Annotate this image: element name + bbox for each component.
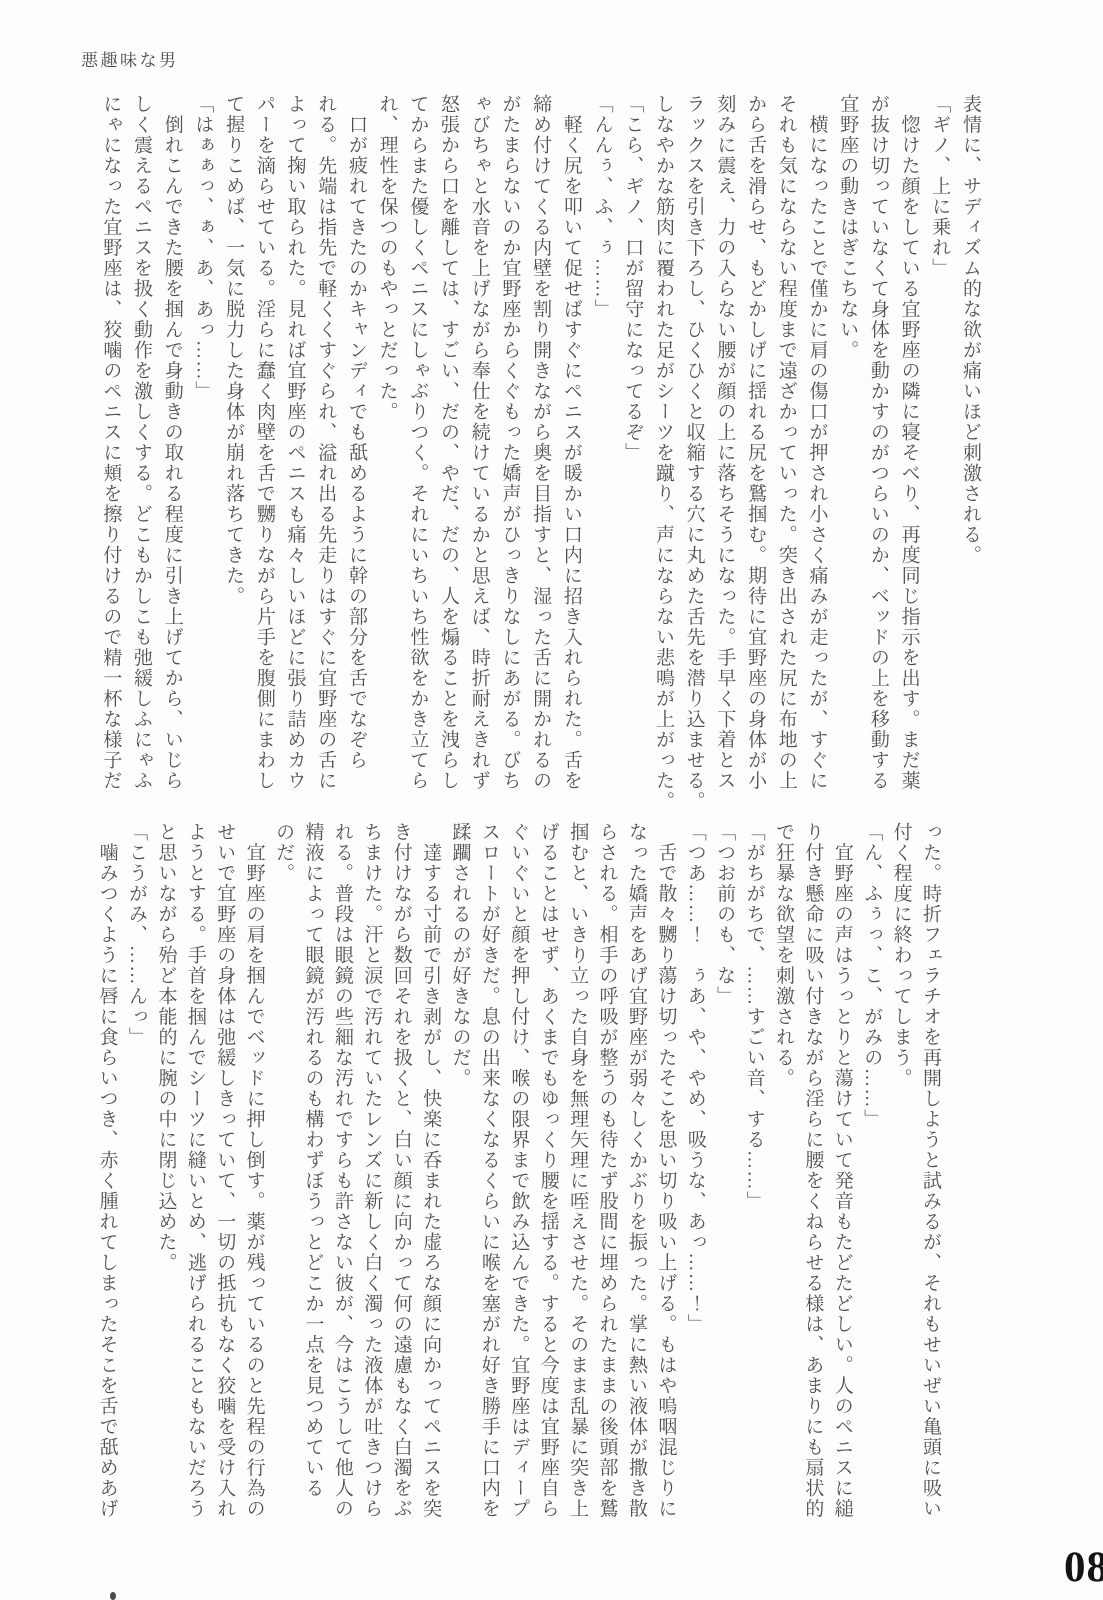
text-line: がたまらないのか宜野座からくぐもった嬌声がひっきりなしにあがる。びち <box>494 94 525 810</box>
text-line: て握りこめば、一気に脱力した身体が崩れ落ちてきた。 <box>217 94 248 810</box>
text-line: しく震えるペニスを扱く動作を激しくする。どこもかしこも弛緩しふにゃふ <box>125 94 156 810</box>
text-line: 舌で散々嬲り蕩け切ったそこを思い切り吸い上げる。もはや嗚咽混じりに <box>651 822 680 1522</box>
text-line: 口が疲れてきたのかキャンディでも舐めるように幹の部分を舌でなぞら <box>340 94 371 810</box>
text-line: り付き懸命に吸い付きながら淫らに腰をくねらせる様は、あまりにも扇状的 <box>798 822 827 1522</box>
text-line: 宜野座の肩を掴んでベッドに押し倒す。薬が残っているのと先程の行為の <box>239 822 268 1522</box>
text-line: らされる。相手の呼吸が整うのも待たず股間に埋められたままの後頭部を鷲 <box>592 822 621 1522</box>
text-line: 「がちがちで、……すごい音、する……」 <box>739 822 768 1522</box>
text-line: 「ギノ、上に乗れ」 <box>924 94 955 810</box>
text-line: しなやかな筋肉に覆われた足がシーツを蹴り、声にならない悲鳴が上がった。 <box>647 94 678 810</box>
text-line: れる。普段は眼鏡の些細な汚れですらも許さない彼が、今はこうして他人の <box>327 822 356 1522</box>
text-line: ようとする。手首を掴んでシーツに縫いとめ、逃げられることもないだろう <box>180 822 209 1522</box>
text-line: のだ。 <box>269 822 298 1522</box>
text-line: 噛みつくように唇に食らいつき、赤く腫れてしまったそこを舌で舐めあげ <box>92 822 121 1522</box>
text-line: 倒れこんできた腰を掴んで身動きの取れる程度に引き上げてから、いじら <box>156 94 187 810</box>
text-line: 「こら、ギノ、口が留守になってるぞ」 <box>617 94 648 810</box>
text-line: 「こうがみ、……んっ」 <box>122 822 151 1522</box>
text-line: 「つお前のも、な」 <box>710 822 739 1522</box>
text-line: 「んんぅ、ふ、ぅ……」 <box>586 94 617 810</box>
lower-text-block: った。時折フェラチオを再開しようと試みるが、それもせいぜい亀頭に吸い付く程度に終… <box>92 822 945 1522</box>
text-line: 締め付けてくる内壁を割り開きながら奥を目指すと、湿った舌に開かれるの <box>524 94 555 810</box>
page-number: 08 <box>1064 1543 1103 1592</box>
text-line: 「つあ……！ ぅあ、や、やめ、吸うな、あっ……！」 <box>680 822 709 1522</box>
text-line: てからまた優しくペニスにしゃぶりつく。それにいちいち性欲をかき立てら <box>402 94 433 810</box>
text-line: 軽く尻を叩いて促せばすぐにペニスが暖かい口内に招き入れられた。舌を <box>555 94 586 810</box>
text-line: 表情に、サディズム的な欲が痛いほど刺激される。 <box>954 94 985 810</box>
text-line: 「ん、ふぅっ、こ、がみの……」 <box>857 822 886 1522</box>
text-line: 掴むと、いきり立った自身を無理矢理に咥えさせた。そのまま乱暴に突き上 <box>563 822 592 1522</box>
scan-mark <box>110 1592 116 1600</box>
text-line: それも気にならない程度まで遠ざかっていった。突き出された尻に布地の上 <box>770 94 801 810</box>
text-line: 蹂躙されるのが好きなのだ。 <box>445 822 474 1522</box>
text-line: 達する寸前で引き剥がし、快楽に呑まれた虚ろな顔に向かってペニスを突 <box>416 822 445 1522</box>
text-line: 横になったことで僅かに肩の傷口が押され小さく痛みが走ったが、すぐに <box>801 94 832 810</box>
text-line: 付く程度に終わってしまう。 <box>886 822 915 1522</box>
text-line: で狂暴な欲望を刺激される。 <box>769 822 798 1522</box>
text-line: ラックスを引き下ろし、ひくひくと収縮する穴に丸めた舌先を潜り込ませる。 <box>678 94 709 810</box>
text-line: 宜野座の声はうっとりと蕩けていて発音もたどたどしい。人のペニスに縋 <box>827 822 856 1522</box>
text-line: ちまけた。汗と涙で汚れていたレンズに新しく白く濁った液体が吐きつけら <box>357 822 386 1522</box>
text-line: 怒張から口を離しては、すごい、だの、やだ、だの、人を煽ることを洩らし <box>432 94 463 810</box>
text-line: 「はぁぁっ、ぁ、あ、あっ……」 <box>187 94 218 810</box>
text-line: ぐいぐいと顔を押し付け、喉の限界まで飲み込んできた。宜野座はディープ <box>504 822 533 1522</box>
text-line: れる。先端は指先で軽くくすぐられ、溢れ出る先走りはすぐに宜野座の舌に <box>310 94 341 810</box>
text-line: げることはせず、あくまでもゆっくり腰を揺する。すると今度は宜野座自ら <box>533 822 562 1522</box>
text-line: から舌を滑らせ、もどかしげに揺れる尻を鷲掴む。期待に宜野座の身体が小 <box>739 94 770 810</box>
text-line: き付けながら数回それを扱くと、白い顔に向かって何の遠慮もなく白濁をぶ <box>386 822 415 1522</box>
header-title: 悪趣味な男 <box>81 46 179 71</box>
text-line: スロートが好きだ。息の出来なくなるくらいに喉を塞がれ好き勝手に口内を <box>475 822 504 1522</box>
text-line: が抜け切っていなくて身体を動かすのがつらいのか、ベッドの上を移動する <box>862 94 893 810</box>
text-line: せいで宜野座の身体は弛緩しきっていて、一切の抵抗もなく狡噛を受け入れ <box>210 822 239 1522</box>
text-line: よって掬い取られた。見れば宜野座のペニスも痛々しいほどに張り詰めカウ <box>279 94 310 810</box>
text-line: と思いながら殆ど本能的に腕の中に閉じ込めた。 <box>151 822 180 1522</box>
text-line: パーを滴らせている。淫らに蠢く肉壁を舌で嬲りながら片手を腹側にまわし <box>248 94 279 810</box>
page: 悪趣味な男 表情に、サディズム的な欲が痛いほど刺激される。「ギノ、上に乗れ」 惚… <box>0 0 1103 1600</box>
text-line: れ、理性を保つのもやっとだった。 <box>371 94 402 810</box>
text-line: ゃびちゃと水音を上げながら奉仕を続けているかと思えば、時折耐えきれず <box>463 94 494 810</box>
upper-text-block: 表情に、サディズム的な欲が痛いほど刺激される。「ギノ、上に乗れ」 惚けた顔をして… <box>95 94 985 810</box>
text-line: 刻みに震え、力の入らない腰が顔の上に落ちそうになった。手早く下着とス <box>709 94 740 810</box>
text-line: 惚けた顔をしている宜野座の隣に寝そべり、再度同じ指示を出す。まだ薬 <box>893 94 924 810</box>
text-line: った。時折フェラチオを再開しようと試みるが、それもせいぜい亀頭に吸い <box>916 822 945 1522</box>
text-line: なった嬌声をあげ宜野座が弱々しくかぶりを振った。掌に熱い液体が撒き散 <box>622 822 651 1522</box>
text-line: 宜野座の動きはぎこちない。 <box>831 94 862 810</box>
text-line: にゃになった宜野座は、狡噛のペニスに頬を擦り付けるので精一杯な様子だ <box>95 94 126 810</box>
text-line: 精液によって眼鏡が汚れるのも構わずぼうっとどこか一点を見つめている <box>298 822 327 1522</box>
